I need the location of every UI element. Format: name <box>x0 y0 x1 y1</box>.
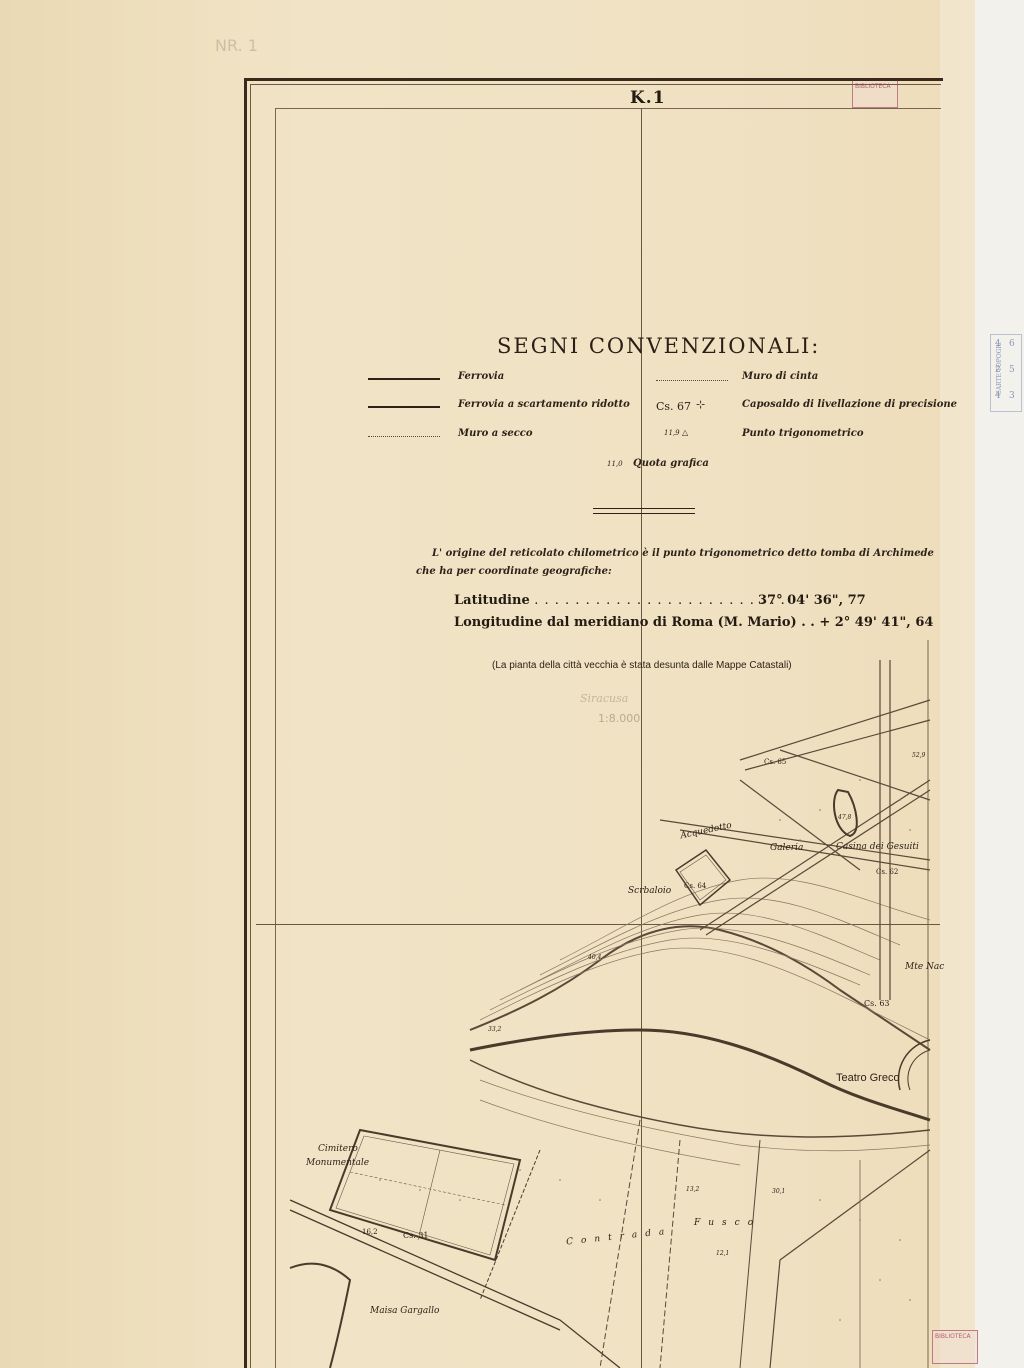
contrada-letter: n <box>594 1233 609 1244</box>
elevation-label: 12,1 <box>716 1250 729 1257</box>
triangle-icon: △ <box>682 428 688 437</box>
contrada-letter: a <box>658 1226 672 1237</box>
elevation-label: 13,2 <box>686 1186 699 1193</box>
contrada-letter: d <box>645 1228 660 1239</box>
legend-benchmark: Caposaldo di livellazione di precisione <box>742 399 957 410</box>
fusco-letter: s <box>722 1218 735 1228</box>
elevation-label: 30,1 <box>772 1188 785 1195</box>
boundary-wall-symbol <box>656 380 728 381</box>
legend-title: SEGNI CONVENZIONALI: <box>497 334 820 358</box>
place-label: Monumentale <box>306 1158 369 1168</box>
trig-point-symbol: 11,9 <box>664 429 680 437</box>
place-label: Maisa Gargallo <box>370 1306 439 1316</box>
benchmark-symbol: Cs. 67 <box>656 400 691 413</box>
pencil-note: NR. 1 <box>215 36 258 55</box>
teatro-greco-label: Teatro Greco <box>836 1072 900 1084</box>
longitude-leader: . . <box>801 615 815 630</box>
elevation-label: 16,2 <box>362 1228 378 1236</box>
fusco-letter: c <box>735 1218 748 1228</box>
archive-cell: 3 <box>1009 391 1015 401</box>
longitude-label: Longitudine dal meridiano di Roma (M. Ma… <box>454 615 797 630</box>
archive-cell: 6 <box>1009 339 1015 349</box>
place-label: Scrbaloio <box>628 886 671 896</box>
elevation-label: 47,8 <box>838 814 851 821</box>
benchmark-cross-icon: ⊹ <box>696 398 705 411</box>
origin-line-1: L' origine del reticolato chilometrico è… <box>432 548 934 559</box>
fusco-letter: F <box>694 1218 708 1228</box>
latitude-row: Latitudine . . . . . . . . . . . . . . .… <box>454 593 786 608</box>
benchmark-label: Cs. 64 <box>684 882 706 890</box>
scan-margin <box>975 0 1024 1368</box>
double-rule-divider <box>593 508 695 514</box>
longitude-row: Longitudine dal meridiano di Roma (M. Ma… <box>454 615 933 630</box>
contrada-letter: r <box>619 1231 632 1242</box>
place-label: Cimitero <box>318 1144 358 1154</box>
archive-cell: 4 <box>995 391 1001 401</box>
legend-drystone-wall: Muro a secco <box>458 428 533 439</box>
sheet-id: K.1 <box>630 88 666 108</box>
spot-height-symbol: 11,0 <box>607 460 623 468</box>
origin-line-2: che ha per coordinate geografiche: <box>416 566 612 577</box>
benchmark-label: Cs. 31 <box>403 1231 429 1240</box>
place-label: Mte Nac <box>905 962 944 972</box>
benchmark-label: Cs. 62 <box>876 868 898 876</box>
fusco-letter: u <box>708 1218 722 1228</box>
drystone-wall-symbol <box>368 436 440 437</box>
legend-boundary-wall: Muro di cinta <box>742 371 818 382</box>
stamp-bottom-right: BIBLIOTECA <box>932 1330 978 1364</box>
archive-cell: 2 <box>995 365 1001 375</box>
railway-symbol <box>368 378 440 380</box>
archive-cell: 4 <box>995 339 1001 349</box>
place-label: Casina dei Gesuiti <box>836 842 919 852</box>
contrada-letter: t <box>608 1232 621 1243</box>
place-label: Galeria <box>770 843 803 853</box>
legend-narrow-railway: Ferrovia a scartamento ridotto <box>458 399 630 410</box>
archive-cell: 5 <box>1009 365 1015 375</box>
longitude-value: + 2° 49' 41", 64 <box>819 615 933 630</box>
fusco-label: Fusco <box>694 1218 761 1228</box>
archive-classification-box: CARTE TOPOGR. 4 2 4 6 5 3 <box>990 334 1022 412</box>
elevation-label: 33,2 <box>488 1026 501 1033</box>
legend-trig-point: Punto trigonometrico <box>742 428 864 439</box>
legend-spot-height: Quota grafica <box>633 458 709 469</box>
stamp-label: BIBLIOTECA <box>935 1333 971 1340</box>
elevation-label: 40,4 <box>588 954 601 961</box>
fusco-letter: o <box>748 1218 761 1228</box>
legend-railway: Ferrovia <box>458 371 504 382</box>
contrada-letter: C <box>566 1236 582 1248</box>
latitude-label: Latitudine <box>454 593 530 608</box>
latitude-value: 37° 04' 36", 77 <box>758 593 866 608</box>
narrow-railway-symbol <box>368 406 440 408</box>
elevation-label: 52,9 <box>912 752 925 759</box>
latitude-leader: . . . . . . . . . . . . . . . . . . . . … <box>534 593 785 608</box>
benchmark-label: Cs. 65 <box>764 758 786 766</box>
benchmark-label: Cs. 63 <box>864 999 890 1008</box>
topographic-map <box>256 640 940 1368</box>
